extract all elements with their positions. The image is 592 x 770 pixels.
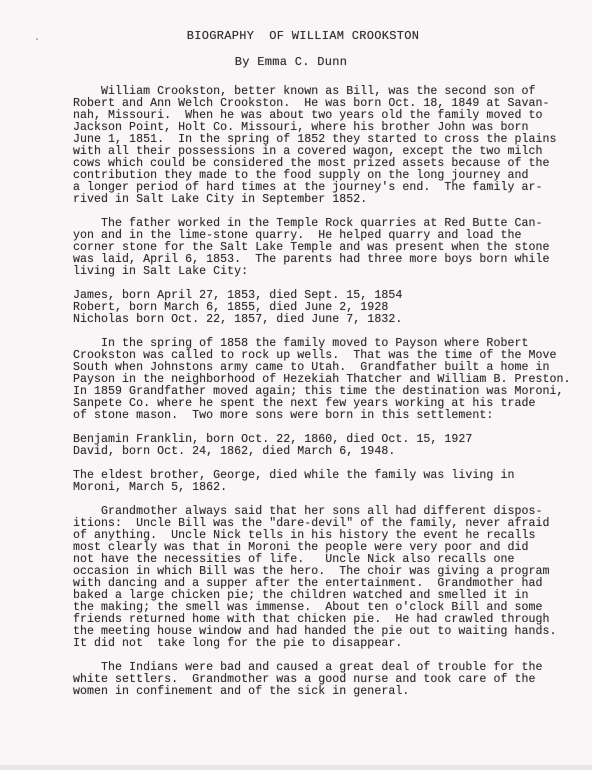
- paragraph-dispositions: Grandmother always said that her sons al…: [73, 506, 583, 650]
- paragraph-payson-moroni: In the spring of 1858 the family moved t…: [73, 338, 583, 422]
- paragraph-indians: The Indians were bad and caused a great …: [73, 662, 583, 698]
- paragraph-temple-quarry: The father worked in the Temple Rock qua…: [73, 218, 583, 278]
- paragraph-eldest-brother: The eldest brother, George, died while t…: [73, 470, 583, 494]
- paragraph-early-life: William Crookston, better known as Bill,…: [73, 86, 583, 206]
- document-byline: By Emma C. Dunn: [0, 55, 592, 69]
- scanned-document-page: BIOGRAPHY OF WILLIAM CROOKSTON By Emma C…: [0, 0, 592, 770]
- children-list-salt-lake: James, born April 27, 1853, died Sept. 1…: [73, 290, 583, 326]
- document-body: William Crookston, better known as Bill,…: [73, 86, 583, 710]
- children-list-moroni: Benjamin Franklin, born Oct. 22, 1860, d…: [73, 434, 583, 458]
- document-title: BIOGRAPHY OF WILLIAM CROOKSTON: [0, 29, 592, 43]
